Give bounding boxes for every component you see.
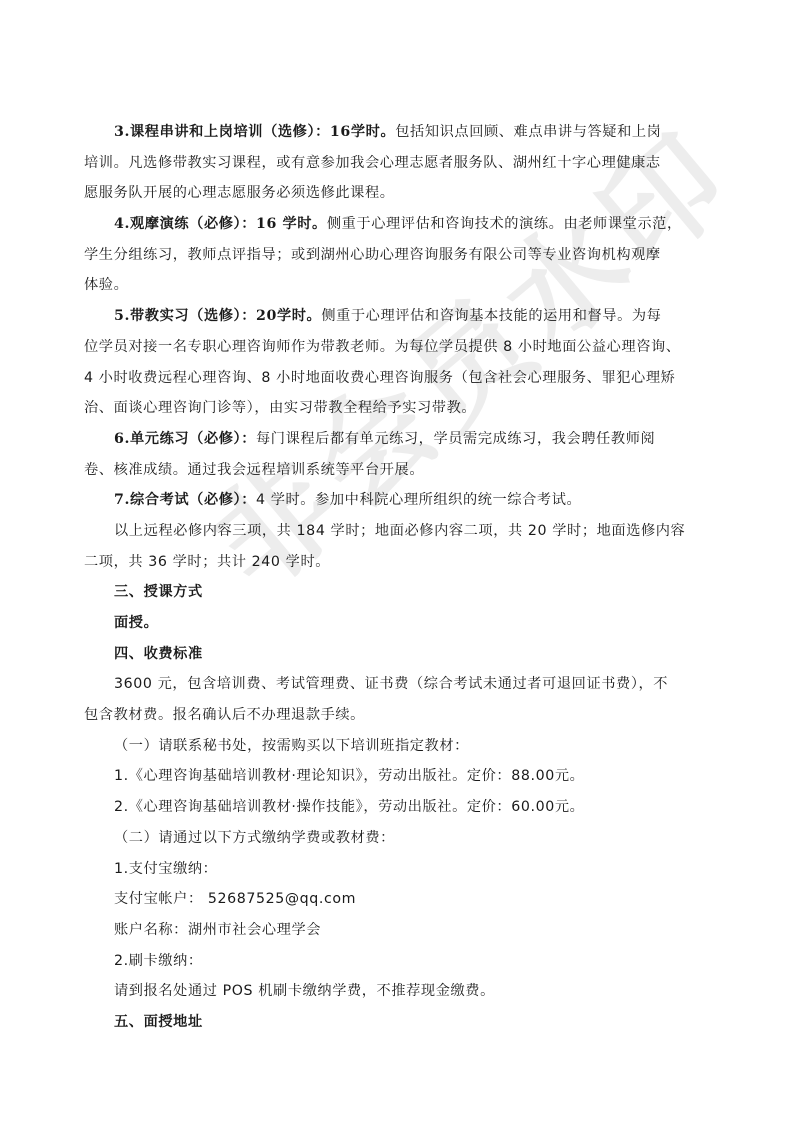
- document-page: 3.课程串讲和上岗培训（选修）：16学时。包括知识点回顾、难点串讲与答疑和上岗 …: [84, 117, 712, 1038]
- item-3-line-3: 愿服务队开展的心理志愿服务必须选修此课程。: [84, 178, 712, 209]
- textbook-2: 2.《心理咨询基础培训教材·操作技能》，劳动出版社。定价：60.00元。: [84, 792, 712, 823]
- section-4-heading: 四、收费标准: [84, 639, 712, 670]
- item-4-line-3: 体验。: [84, 270, 712, 301]
- fee-line-1: 3600 元，包含培训费、考试管理费、证书费（综合考试未通过者可退回证书费），不: [84, 669, 712, 700]
- item-5-desc: 侧重于心理评估和咨询基本技能的运用和督导。为每: [321, 308, 661, 324]
- summary-line-1: 以上远程必修内容三项，共 184 学时；地面必修内容二项，共 20 学时；地面选…: [84, 516, 712, 547]
- item-3-line-2: 培训。凡选修带教实习课程，或有意参加我会心理志愿者服务队、湖州红十字心理健康志: [84, 148, 712, 179]
- item-4-title: 4.观摩演练（必修）：16 学时。: [114, 216, 327, 232]
- item-5-line-1: 5.带教实习（选修）：20学时。侧重于心理评估和咨询基本技能的运用和督导。为每: [84, 301, 712, 332]
- item-5-line-4: 治、面谈心理咨询门诊等），由实习带教全程给予实习带教。: [84, 393, 712, 424]
- item-4-line-1: 4.观摩演练（必修）：16 学时。侧重于心理评估和咨询技术的演练。由老师课堂示范…: [84, 209, 712, 240]
- item-7-line-1: 7.综合考试（必修）：4 学时。参加中科院心理所组织的统一综合考试。: [84, 485, 712, 516]
- item-7-title: 7.综合考试（必修）：: [114, 492, 256, 508]
- item-7-desc: 4 学时。参加中科院心理所组织的统一综合考试。: [256, 492, 581, 508]
- textbook-intro: （一）请联系秘书处，按需购买以下培训班指定教材：: [84, 731, 712, 762]
- item-6-line-2: 卷、核准成绩。通过我会远程培训系统等平台开展。: [84, 455, 712, 486]
- item-6-title: 6.单元练习（必修）：: [114, 431, 256, 447]
- payment-alipay-heading: 1.支付宝缴纳：: [84, 854, 712, 885]
- fee-line-2: 包含教材费。报名确认后不办理退款手续。: [84, 700, 712, 731]
- item-5-line-2: 位学员对接一名专职心理咨询师作为带教老师。为每位学员提供 8 小时地面公益心理咨…: [84, 332, 712, 363]
- section-5-heading: 五、面授地址: [84, 1007, 712, 1038]
- item-3-line-1: 3.课程串讲和上岗培训（选修）：16学时。包括知识点回顾、难点串讲与答疑和上岗: [84, 117, 712, 148]
- textbook-1: 1.《心理咨询基础培训教材·理论知识》，劳动出版社。定价：88.00元。: [84, 761, 712, 792]
- item-3-desc: 包括知识点回顾、难点串讲与答疑和上岗: [395, 124, 661, 140]
- payment-card-desc: 请到报名处通过 POS 机刷卡缴纳学费，不推荐现金缴费。: [84, 976, 712, 1007]
- item-6-line-1: 6.单元练习（必修）：每门课程后都有单元练习，学员需完成练习，我会聘任教师阅: [84, 424, 712, 455]
- item-5-title: 5.带教实习（选修）：20学时。: [114, 308, 321, 324]
- payment-intro: （二）请通过以下方式缴纳学费或教材费：: [84, 823, 712, 854]
- item-5-line-3: 4 小时收费远程心理咨询、8 小时地面收费心理咨询服务（包含社会心理服务、罪犯心…: [84, 363, 712, 394]
- section-3-heading: 三、授课方式: [84, 577, 712, 608]
- item-3-title: 3.课程串讲和上岗培训（选修）：16学时。: [114, 124, 395, 140]
- payment-card-heading: 2.刷卡缴纳：: [84, 946, 712, 977]
- summary-line-2: 二项，共 36 学时；共计 240 学时。: [84, 547, 712, 578]
- payment-account-name: 账户名称：湖州市社会心理学会: [84, 915, 712, 946]
- item-4-line-2: 学生分组练习，教师点评指导；或到湖州心助心理咨询服务有限公司等专业咨询机构观摩: [84, 240, 712, 271]
- payment-alipay-account: 支付宝帐户： 52687525@qq.com: [84, 884, 712, 915]
- section-3-body: 面授。: [84, 608, 712, 639]
- item-4-desc: 侧重于心理评估和咨询技术的演练。由老师课堂示范，: [327, 216, 682, 232]
- item-6-desc: 每门课程后都有单元练习，学员需完成练习，我会聘任教师阅: [256, 431, 655, 447]
